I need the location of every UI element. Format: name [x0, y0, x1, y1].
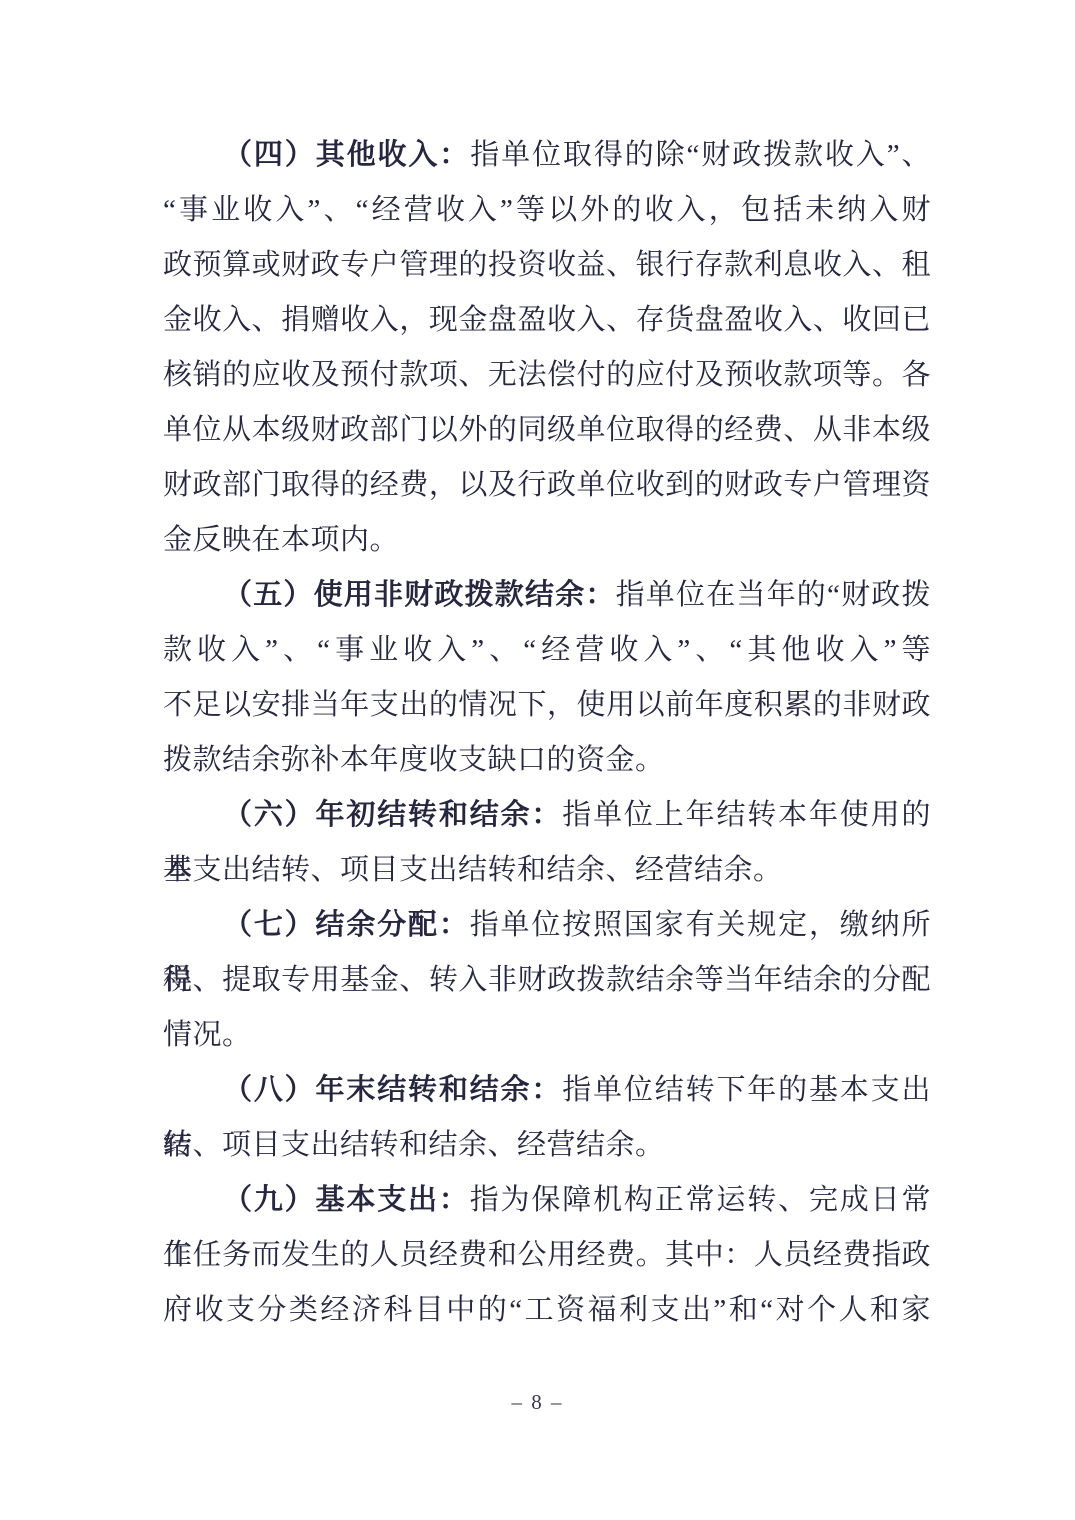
line-text: 不足以安排当年支出的情况下，使用以前年度积累的非财政 [163, 689, 931, 721]
line-text: 转、项目支出结转和结余、经营结余。 [163, 1129, 665, 1161]
text-line: 本支出结转、项目支出结转和结余、经营结余。 [163, 843, 931, 898]
line-text: 拨款结余弥补本年度收支缺口的资金。 [163, 744, 665, 776]
paragraph-heading: （六）年初结转和结余： [223, 799, 562, 831]
line-text: 单位从本级财政部门以外的同级单位取得的经费、从非本级 [163, 414, 931, 446]
text-line: 作任务而发生的人员经费和公用经费。其中：人员经费指政 [163, 1228, 931, 1283]
text-line: 拨款结余弥补本年度收支缺口的资金。 [163, 733, 931, 788]
line-text: 作任务而发生的人员经费和公用经费。其中：人员经费指政 [163, 1239, 931, 1271]
line-text: 指单位在当年的“财政拨 [616, 579, 931, 611]
text-line: （七）结余分配：指单位按照国家有关规定，缴纳所得 [163, 898, 931, 953]
text-line: 情况。 [163, 1008, 931, 1063]
text-line: 财政部门取得的经费，以及行政单位收到的财政专户管理资 [163, 458, 931, 513]
text-line: （九）基本支出：指为保障机构正常运转、完成日常工 [163, 1173, 931, 1228]
text-line: 政预算或财政专户管理的投资收益、银行存款利息收入、租 [163, 238, 931, 293]
text-line: 款收入”、“事业收入”、“经营收入”、“其他收入”等 [163, 623, 931, 678]
line-text: 税、提取专用基金、转入非财政拨款结余等当年结余的分配 [163, 964, 931, 996]
text-line: 金收入、捐赠收入，现金盘盈收入、存货盘盈收入、收回已 [163, 293, 931, 348]
paragraph-heading: （四）其他收入： [223, 139, 470, 171]
text-line: 转、项目支出结转和结余、经营结余。 [163, 1118, 931, 1173]
text-line: （八）年末结转和结余：指单位结转下年的基本支出结 [163, 1063, 931, 1118]
line-text: 金收入、捐赠收入，现金盘盈收入、存货盘盈收入、收回已 [163, 304, 931, 336]
text-line: 税、提取专用基金、转入非财政拨款结余等当年结余的分配 [163, 953, 931, 1008]
text-line: “事业收入”、“经营收入”等以外的收入，包括未纳入财 [163, 183, 931, 238]
line-text: 情况。 [163, 1019, 252, 1051]
body-text: （四）其他收入：指单位取得的除“财政拨款收入”、 “事业收入”、“经营收入”等以… [163, 128, 931, 1338]
line-text: 财政部门取得的经费，以及行政单位收到的财政专户管理资 [163, 469, 931, 501]
line-text: 指单位取得的除“财政拨款收入”、 [470, 139, 931, 171]
text-line: 单位从本级财政部门以外的同级单位取得的经费、从非本级 [163, 403, 931, 458]
line-text: 府收支分类经济科目中的“工资福利支出”和“对个人和家 [163, 1294, 931, 1326]
paragraph-heading: （五）使用非财政拨款结余： [223, 579, 616, 611]
line-text: 本支出结转、项目支出结转和结余、经营结余。 [163, 854, 783, 886]
line-text: 核销的应收及预付款项、无法偿付的应付及预收款项等。各 [163, 359, 931, 391]
page-number: – 8 – [0, 1390, 1075, 1415]
paragraph-heading: （七）结余分配： [223, 909, 470, 941]
text-line: （六）年初结转和结余：指单位上年结转本年使用的基 [163, 788, 931, 843]
paragraph-heading: （九）基本支出： [223, 1184, 470, 1216]
text-line: 府收支分类经济科目中的“工资福利支出”和“对个人和家 [163, 1283, 931, 1338]
line-text: 金反映在本项内。 [163, 524, 399, 556]
paragraph-heading: （八）年末结转和结余： [223, 1074, 562, 1106]
line-text: “事业收入”、“经营收入”等以外的收入，包括未纳入财 [163, 194, 931, 226]
line-text: 款收入”、“事业收入”、“经营收入”、“其他收入”等 [163, 634, 931, 666]
text-line: （四）其他收入：指单位取得的除“财政拨款收入”、 [163, 128, 931, 183]
text-line: （五）使用非财政拨款结余：指单位在当年的“财政拨 [163, 568, 931, 623]
text-line: 不足以安排当年支出的情况下，使用以前年度积累的非财政 [163, 678, 931, 733]
text-line: 核销的应收及预付款项、无法偿付的应付及预收款项等。各 [163, 348, 931, 403]
document-page: （四）其他收入：指单位取得的除“财政拨款收入”、 “事业收入”、“经营收入”等以… [0, 0, 1075, 1520]
line-text: 政预算或财政专户管理的投资收益、银行存款利息收入、租 [163, 249, 931, 281]
text-line: 金反映在本项内。 [163, 513, 931, 568]
